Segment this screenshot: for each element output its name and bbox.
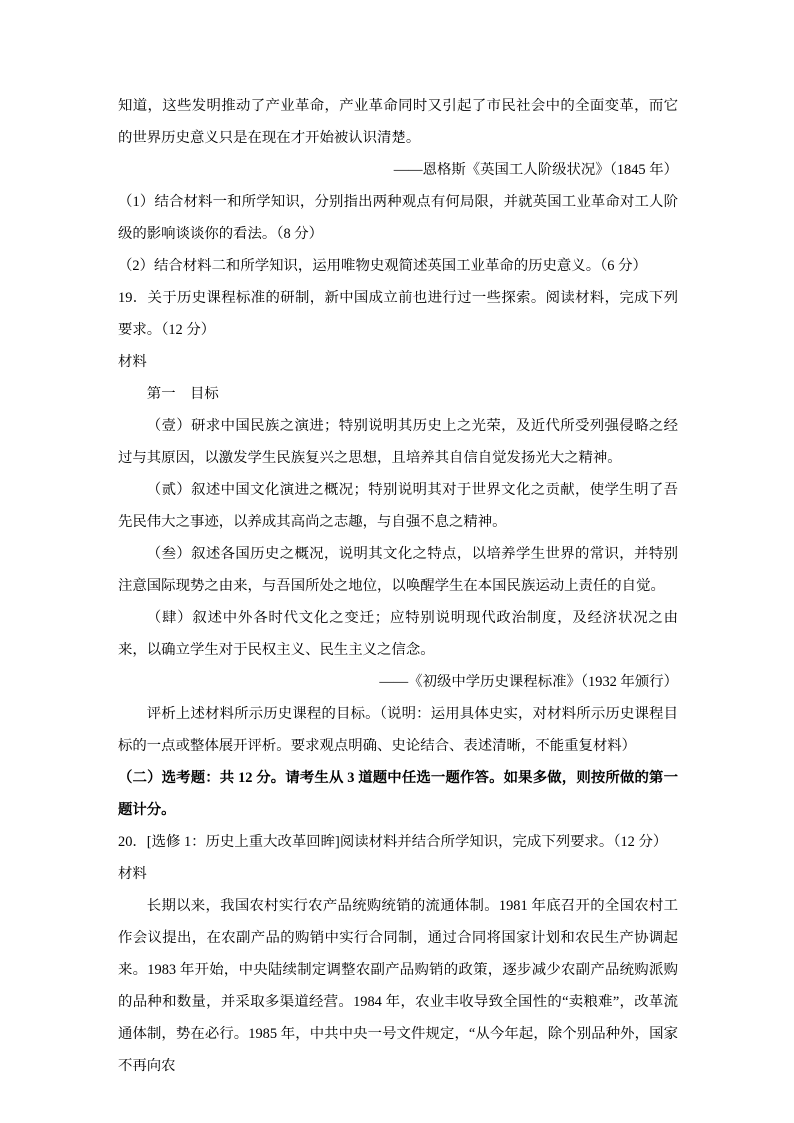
material-goal-item-3: （叁）叙述各国历史之概况，说明其文化之特点，以培养学生世界的常识，并特别注意国际… — [118, 538, 678, 602]
material-goal-item-1: （壹）研求中国民族之演进；特别说明其历史上之光荣，及近代所受列强侵略之经过与其原… — [118, 410, 678, 474]
question-18-part-2: （2）结合材料二和所学知识，运用唯物史观简述英国工业革命的历史意义。（6 分） — [118, 250, 678, 282]
material-goal-item-2: （贰）叙述中国文化演进之概况；特别说明其对于世界文化之贡献，使学生明了吾先民伟大… — [118, 474, 678, 538]
question-20-stem: 20．[选修 1：历史上重大改革回眸]阅读材料并结合所学知识，完成下列要求。（1… — [118, 826, 678, 858]
material-label-q19: 材料 — [118, 346, 678, 378]
material-q20-text: 长期以来，我国农村实行农产品统购统销的流通体制。1981 年底召开的全国农村工作… — [118, 890, 678, 1082]
question-18-part-1: （1）结合材料一和所学知识，分别指出两种观点有何局限，并就英国工业革命对工人阶级… — [118, 186, 678, 250]
section-optional-questions-note: （二）选考题：共 12 分。请考生从 3 道题中任选一题作答。如果多做，则按所做… — [118, 762, 678, 826]
question-19-stem: 19．关于历史课程标准的研制，新中国成立前也进行过一些探索。阅读材料，完成下列要… — [118, 282, 678, 346]
material-two-continuation: 知道，这些发明推动了产业革命，产业革命同时又引起了市民社会中的全面变革，而它的世… — [118, 90, 678, 154]
material-heading-goal: 第一 目标 — [118, 378, 678, 410]
exam-paper-page: 知道，这些发明推动了产业革命，产业革命同时又引起了市民社会中的全面变革，而它的世… — [0, 0, 794, 1123]
source-attribution-curriculum: ——《初级中学历史课程标准》（1932 年颁行） — [118, 666, 678, 698]
material-label-q20: 材料 — [118, 858, 678, 890]
source-attribution-engels: ——恩格斯《英国工人阶级状况》（1845 年） — [118, 154, 678, 186]
material-goal-item-4: （肆）叙述中外各时代文化之变迁；应特别说明现代政治制度，及经济状况之由来，以确立… — [118, 602, 678, 666]
question-19-task: 评析上述材料所示历史课程的目标。（说明：运用具体史实，对材料所示历史课程目标的一… — [118, 698, 678, 762]
